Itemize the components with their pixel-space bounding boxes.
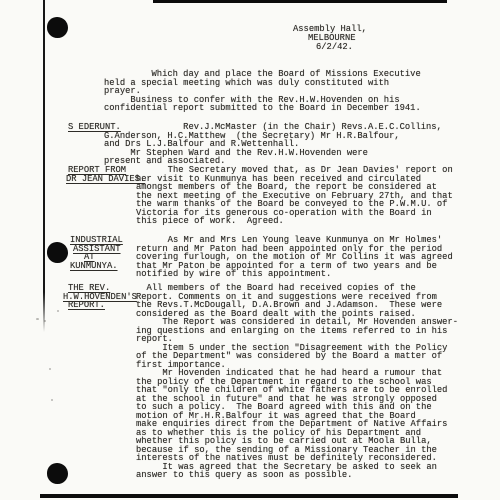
punch-hole-middle (47, 242, 68, 263)
sederunt-paragraph: Rev.J.McMaster (in the Chair) Revs.A.E.C… (104, 123, 442, 166)
industrial-heading-line2: ASSISTANT (73, 245, 121, 254)
davies-heading-line2: DR JEAN DAVIES. (66, 175, 145, 184)
scan-edge-bottom-bar (40, 494, 458, 498)
scan-speck (51, 399, 53, 401)
hovenden-paragraph: All members of the Board had received co… (136, 284, 458, 480)
industrial-heading-line4: KUNMUNYA. (70, 262, 118, 271)
scan-edge-left-line (43, 0, 45, 332)
punch-hole-top (47, 17, 68, 38)
industrial-paragraph: As Mr and Mrs Len Young leave Kunmunya o… (136, 236, 453, 279)
scan-speck (36, 318, 39, 320)
punch-hole-bottom (47, 463, 68, 484)
scan-edge-top-bar (153, 0, 447, 3)
scan-speck (44, 320, 46, 322)
header-date: 6/2/42. (316, 43, 353, 52)
scan-speck (49, 368, 51, 370)
document-scan: Assembly Hall, MELBOURNE 6/2/42. Which d… (0, 0, 500, 500)
opening-paragraph: Which day and place the Board of Mission… (104, 70, 421, 113)
scan-speck (57, 310, 59, 312)
hovenden-heading-line3: REPORT. (68, 301, 105, 310)
davies-paragraph: The Secretary moved that, as Dr Jean Dav… (136, 166, 453, 226)
